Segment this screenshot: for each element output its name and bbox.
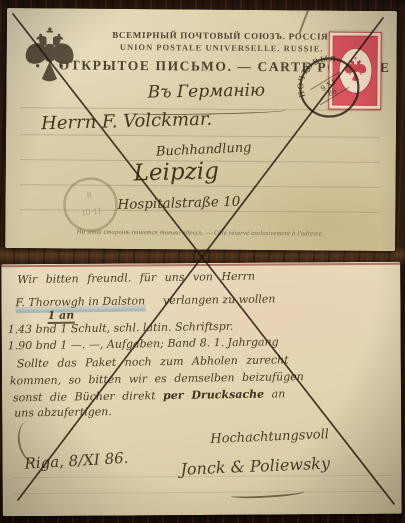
message-line: sonst die Bücher direkt per Drucksache a… (13, 387, 285, 404)
message-line: Wir bitten freundl. für uns von Herrn (17, 270, 255, 287)
postcard-message-side: Wir bitten freundl. für uns von Herrn F.… (1, 262, 402, 516)
message-line: uns abzufertigen. (14, 405, 112, 419)
message-line: Sollte das Paket noch zum Abholen zurech… (17, 353, 289, 370)
pencil-mark (298, 9, 309, 34)
arrival-mark-text: 10·11 (80, 205, 102, 218)
message-line: 1.90 bnd 1 —. —, Aufgaben; Band 8. 1. Ja… (8, 335, 279, 352)
address-ruling-line (20, 134, 380, 138)
closing-salutation: Hochachtungsvoll (210, 427, 329, 447)
postcard-photograph: ВСЕМІРНЫЙ ПОЧТОВЫЙ СОЮЗЪ. РОССІЯ. UNION … (0, 0, 405, 523)
message-line: F. Thorowgh in Dalstonverlangen zu wolle… (15, 292, 275, 309)
faint-ruling-line (13, 491, 392, 494)
handwritten-addressee: Herrn F. Volckmar. (41, 109, 213, 135)
message-line: kommen, so bitten wir es demselben beizu… (10, 370, 304, 387)
arrival-mark-text: 8 (86, 189, 92, 200)
message-line-rest: verlangen zu wollen (163, 292, 276, 307)
signature-underline-flourish (230, 487, 304, 499)
message-segment: an (264, 387, 285, 400)
postcard-address-side: ВСЕМІРНЫЙ ПОЧТОВЫЙ СОЮЗЪ. РОССІЯ. UNION … (5, 8, 397, 251)
message-segment: sonst die Bücher direkt (13, 389, 163, 404)
message-line: 1.43 bnd 1 Schult, schl. latin. Schrifts… (8, 320, 234, 336)
blue-underlined-name: F. Thorowgh in Dalston (15, 294, 145, 313)
arrival-postmark: 8 10·11 (60, 174, 120, 234)
handwritten-street: Hospitalstraße 10 (117, 194, 240, 213)
handwritten-business: Buchhandlung (156, 140, 252, 159)
departure-postmark: ПОЧТОВЫЯ 9 XI 86 (296, 54, 363, 121)
handwritten-city: Leipzig (133, 158, 219, 186)
emphasized-words: per Drucksache (163, 388, 264, 402)
handwritten-destination: Въ Германію (111, 80, 301, 103)
